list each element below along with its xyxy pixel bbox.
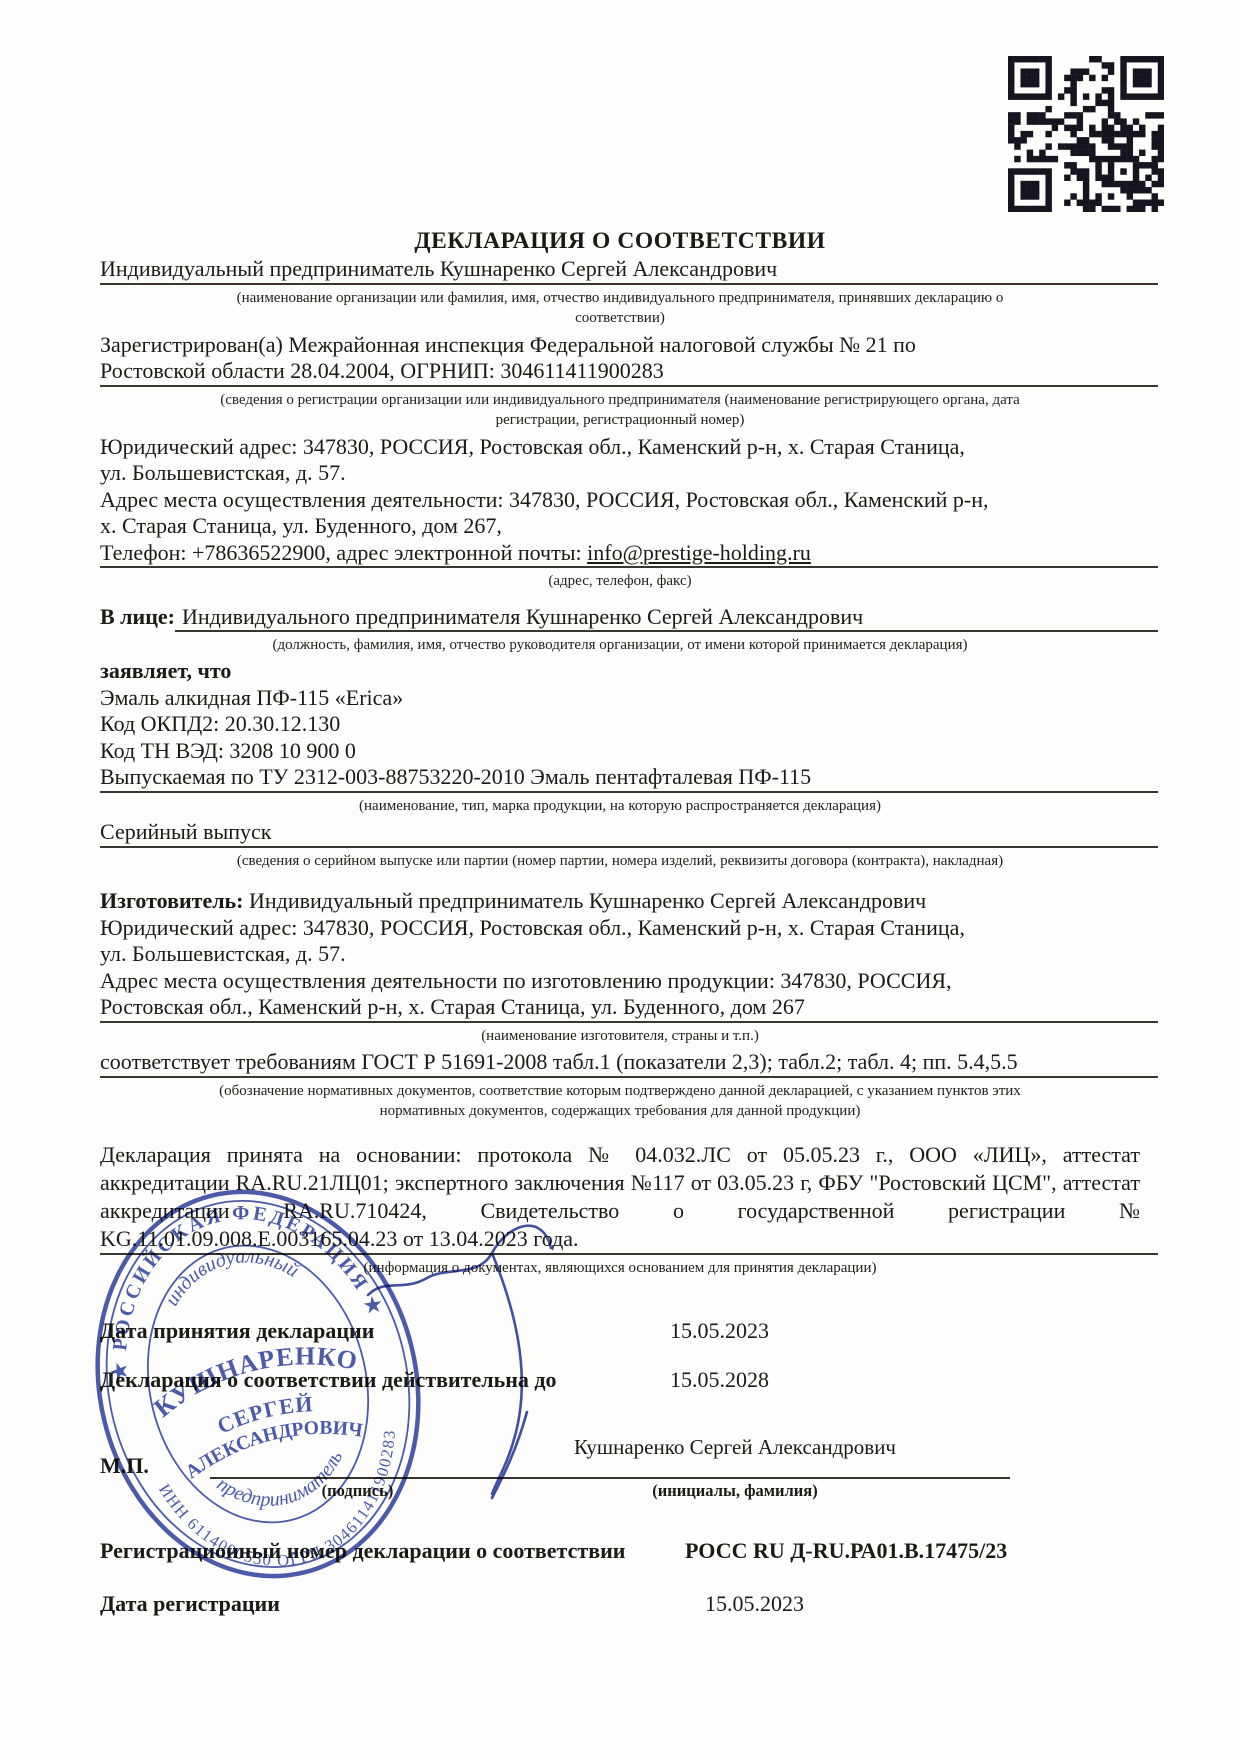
declaration-document-page: ДЕКЛАРАЦИЯ О СООТВЕТСТВИИ Индивидуальный… (0, 0, 1240, 1754)
stamp-place-label: М.П. (100, 1453, 149, 1479)
declares-line: заявляет, что (100, 658, 1140, 685)
basis-caption: (информация о документах, являющихся осн… (100, 1255, 1140, 1282)
registration-date-value: 15.05.2023 (705, 1590, 804, 1617)
signatory-name: Кушнаренко Сергей Александрович (460, 1435, 1010, 1460)
representative-name: Индивидуального предпринимателя Кушнарен… (175, 603, 1158, 632)
compliance-line: соответствует требованиям ГОСТ Р 51691-2… (100, 1049, 1158, 1078)
representative-caption: (должность, фамилия, имя, отчество руков… (100, 632, 1140, 659)
text-line: Юридический адрес: 347830, РОССИЯ, Росто… (100, 434, 1140, 461)
registration-info-line: Зарегистрирован(а) Межрайонная инспекция… (100, 332, 1158, 387)
text-line: Адрес места осуществления деятельности п… (100, 968, 1140, 995)
qr-code-image (1008, 56, 1164, 212)
text-line: х. Старая Станица, ул. Буденного, дом 26… (100, 513, 1140, 540)
document-body: ДЕКЛАРАЦИЯ О СООТВЕТСТВИИ Индивидуальный… (100, 226, 1140, 1617)
text-line: ул. Большевистская, д. 57. (100, 460, 1140, 487)
adoption-date-label: Дата принятия декларации (100, 1318, 374, 1343)
product-name-line: Эмаль алкидная ПФ-115 «Erica» (100, 685, 1140, 712)
caption-line: (сведения о регистрации организации или … (114, 390, 1126, 411)
qr-code (1008, 56, 1164, 212)
text-line: Зарегистрирован(а) Межрайонная инспекция… (100, 332, 1140, 359)
basis-paragraph: Декларация принята на основании: протоко… (100, 1141, 1158, 1255)
registration-number-value: РОСС RU Д-RU.РА01.В.17475/23 (685, 1537, 1007, 1564)
phone-text: Телефон: +78636522900, адрес электронной… (100, 540, 587, 565)
product-okpd2-line: Код ОКПД2: 20.30.12.130 (100, 711, 1140, 738)
activity-address-line: Адрес места осуществления деятельности: … (100, 487, 1140, 540)
phone-email-line: Телефон: +78636522900, адрес электронной… (100, 540, 1158, 569)
signature-block: М.П. Кушнаренко Сергей Александрович (по… (100, 1433, 1140, 1519)
legal-address-line: Юридический адрес: 347830, РОССИЯ, Росто… (100, 434, 1140, 487)
caption-line: нормативных документов, содержащих требо… (114, 1101, 1126, 1122)
declarant-name-line: Индивидуальный предприниматель Кушнаренк… (100, 256, 1158, 285)
text-line: Юридический адрес: 347830, РОССИЯ, Росто… (100, 915, 1140, 942)
registration-date-label: Дата регистрации (100, 1591, 280, 1616)
valid-until-label: Декларация о соответствии действительна … (100, 1367, 557, 1392)
compliance-caption: (обозначение нормативных документов, соо… (100, 1078, 1140, 1125)
email-text: info@prestige-holding.ru (587, 540, 811, 565)
serial-caption: (сведения о серийном выпуске или партии … (100, 848, 1140, 875)
product-caption: (наименование, тип, марка продукции, на … (100, 793, 1140, 820)
caption-line: (наименование организации или фамилия, и… (114, 288, 1126, 309)
contact-caption: (адрес, телефон, факс) (100, 568, 1140, 595)
registration-number-row: Регистрационный номер декларации о соотв… (100, 1537, 1140, 1564)
caption-line: соответствии) (114, 308, 1126, 329)
manufacturer-block: Изготовитель: Индивидуальный предпринима… (100, 888, 1158, 1023)
text-line: ул. Большевистская, д. 57. (100, 941, 1140, 968)
product-tnved-line: Код ТН ВЭД: 3208 10 900 0 (100, 738, 1140, 765)
adoption-date-row: Дата принятия декларации 15.05.2023 (100, 1317, 1140, 1344)
adoption-date-value: 15.05.2023 (670, 1317, 769, 1344)
document-title: ДЕКЛАРАЦИЯ О СООТВЕТСТВИИ (100, 226, 1140, 256)
manufacturer-caption: (наименование изготовителя, страны и т.п… (100, 1023, 1140, 1050)
registration-date-row: Дата регистрации 15.05.2023 (100, 1590, 1140, 1617)
text-line: Изготовитель: Индивидуальный предпринима… (100, 888, 1140, 915)
caption-line: (обозначение нормативных документов, соо… (114, 1081, 1126, 1102)
name-caption: (инициалы, фамилия) (460, 1481, 1010, 1501)
text-line: Ростовская обл., Каменский р-н, х. Стара… (100, 994, 1140, 1021)
representative-prefix: В лице: (100, 603, 175, 632)
registration-number-label: Регистрационный номер декларации о соотв… (100, 1538, 625, 1563)
manufacturer-name: Индивидуальный предприниматель Кушнаренк… (244, 888, 927, 913)
registration-info-caption: (сведения о регистрации организации или … (100, 387, 1140, 434)
declarant-name-caption: (наименование организации или фамилия, и… (100, 285, 1140, 332)
name-rule (460, 1477, 1010, 1479)
valid-until-row: Декларация о соответствии действительна … (100, 1366, 1140, 1393)
manufacturer-prefix: Изготовитель: (100, 888, 244, 913)
text-line: Ростовской области 28.04.2004, ОГРНИП: 3… (100, 358, 1140, 385)
text-line: Адрес места осуществления деятельности: … (100, 487, 1140, 514)
product-tu-line: Выпускаемая по ТУ 2312-003-88753220-2010… (100, 764, 1158, 793)
serial-issue-line: Серийный выпуск (100, 819, 1158, 848)
representative-line: В лице: Индивидуального предпринимателя … (100, 603, 1140, 632)
caption-line: регистрации, регистрационный номер) (114, 410, 1126, 431)
valid-until-value: 15.05.2028 (670, 1366, 769, 1393)
